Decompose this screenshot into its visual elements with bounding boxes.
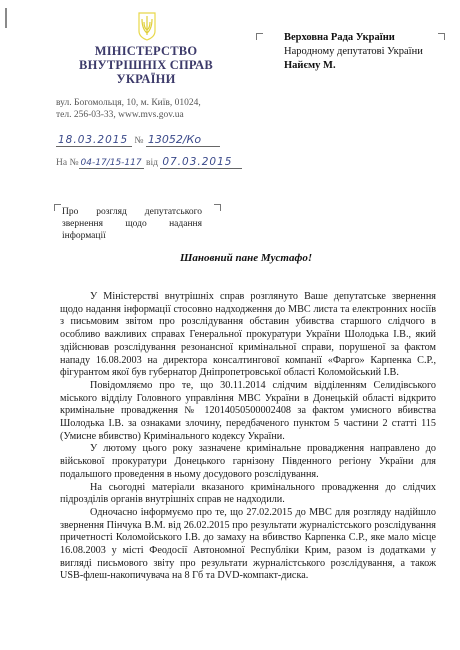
body-paragraph: Повідомляємо про те, що 30.11.2014 слідч…	[60, 380, 436, 444]
contact-line: тел. 256-03-33, www.mvs.gov.ua	[56, 109, 201, 121]
ministry-address: вул. Богомольця, 10, м. Київ, 01024, тел…	[56, 97, 201, 121]
recipient-block: Верховна Рада України Народному депутато…	[284, 31, 423, 73]
body-paragraph: Одночасно інформуємо про те, що 27.02.20…	[60, 507, 436, 583]
subject-bracket-right	[214, 204, 221, 211]
ministry-line: УКРАЇНИ	[56, 72, 236, 86]
recipient-name: Найєму М.	[284, 59, 423, 73]
recipient-title: Народному депутатові України	[284, 45, 423, 59]
ministry-name: МІНІСТЕРСТВО ВНУТРІШНІХ СПРАВ УКРАЇНИ	[56, 44, 236, 86]
subject-line: Про розгляд депутатського звернення щодо…	[62, 206, 202, 242]
subject-bracket-left	[54, 204, 61, 211]
address-line: вул. Богомольця, 10, м. Київ, 01024,	[56, 97, 201, 109]
body-paragraph: У Міністерстві внутрішніх справ розгляну…	[60, 291, 436, 380]
scan-artifact	[5, 8, 7, 28]
recipient-bracket-right	[438, 33, 445, 40]
ministry-line: ВНУТРІШНІХ СПРАВ	[56, 58, 236, 72]
number-label: №	[134, 136, 143, 146]
recipient-bracket-left	[256, 33, 263, 40]
coat-of-arms-icon	[138, 11, 156, 41]
greeting: Шановний пане Мустафо!	[180, 252, 312, 264]
outgoing-date: 18.03.2015	[56, 134, 132, 147]
body-paragraph: На сьогодні матеріали вказаного кримінал…	[60, 482, 436, 507]
outgoing-number: 13052/Ко	[146, 133, 220, 147]
reply-from-label: від	[146, 158, 158, 168]
reply-prefix: На №	[56, 158, 79, 168]
reply-number: 04-17/15-117	[79, 158, 144, 169]
recipient-organization: Верховна Рада України	[284, 31, 423, 45]
letter-body: У Міністерстві внутрішніх справ розгляну…	[60, 291, 436, 583]
reply-reference: На №04-17/15-117 від 07.03.2015	[56, 156, 242, 169]
body-paragraph: У лютому цього року зазначене кримінальн…	[60, 443, 436, 481]
outgoing-registration: 18.03.2015 № 13052/Ко	[56, 133, 220, 147]
ministry-line: МІНІСТЕРСТВО	[56, 44, 236, 58]
reply-date: 07.03.2015	[160, 156, 242, 169]
